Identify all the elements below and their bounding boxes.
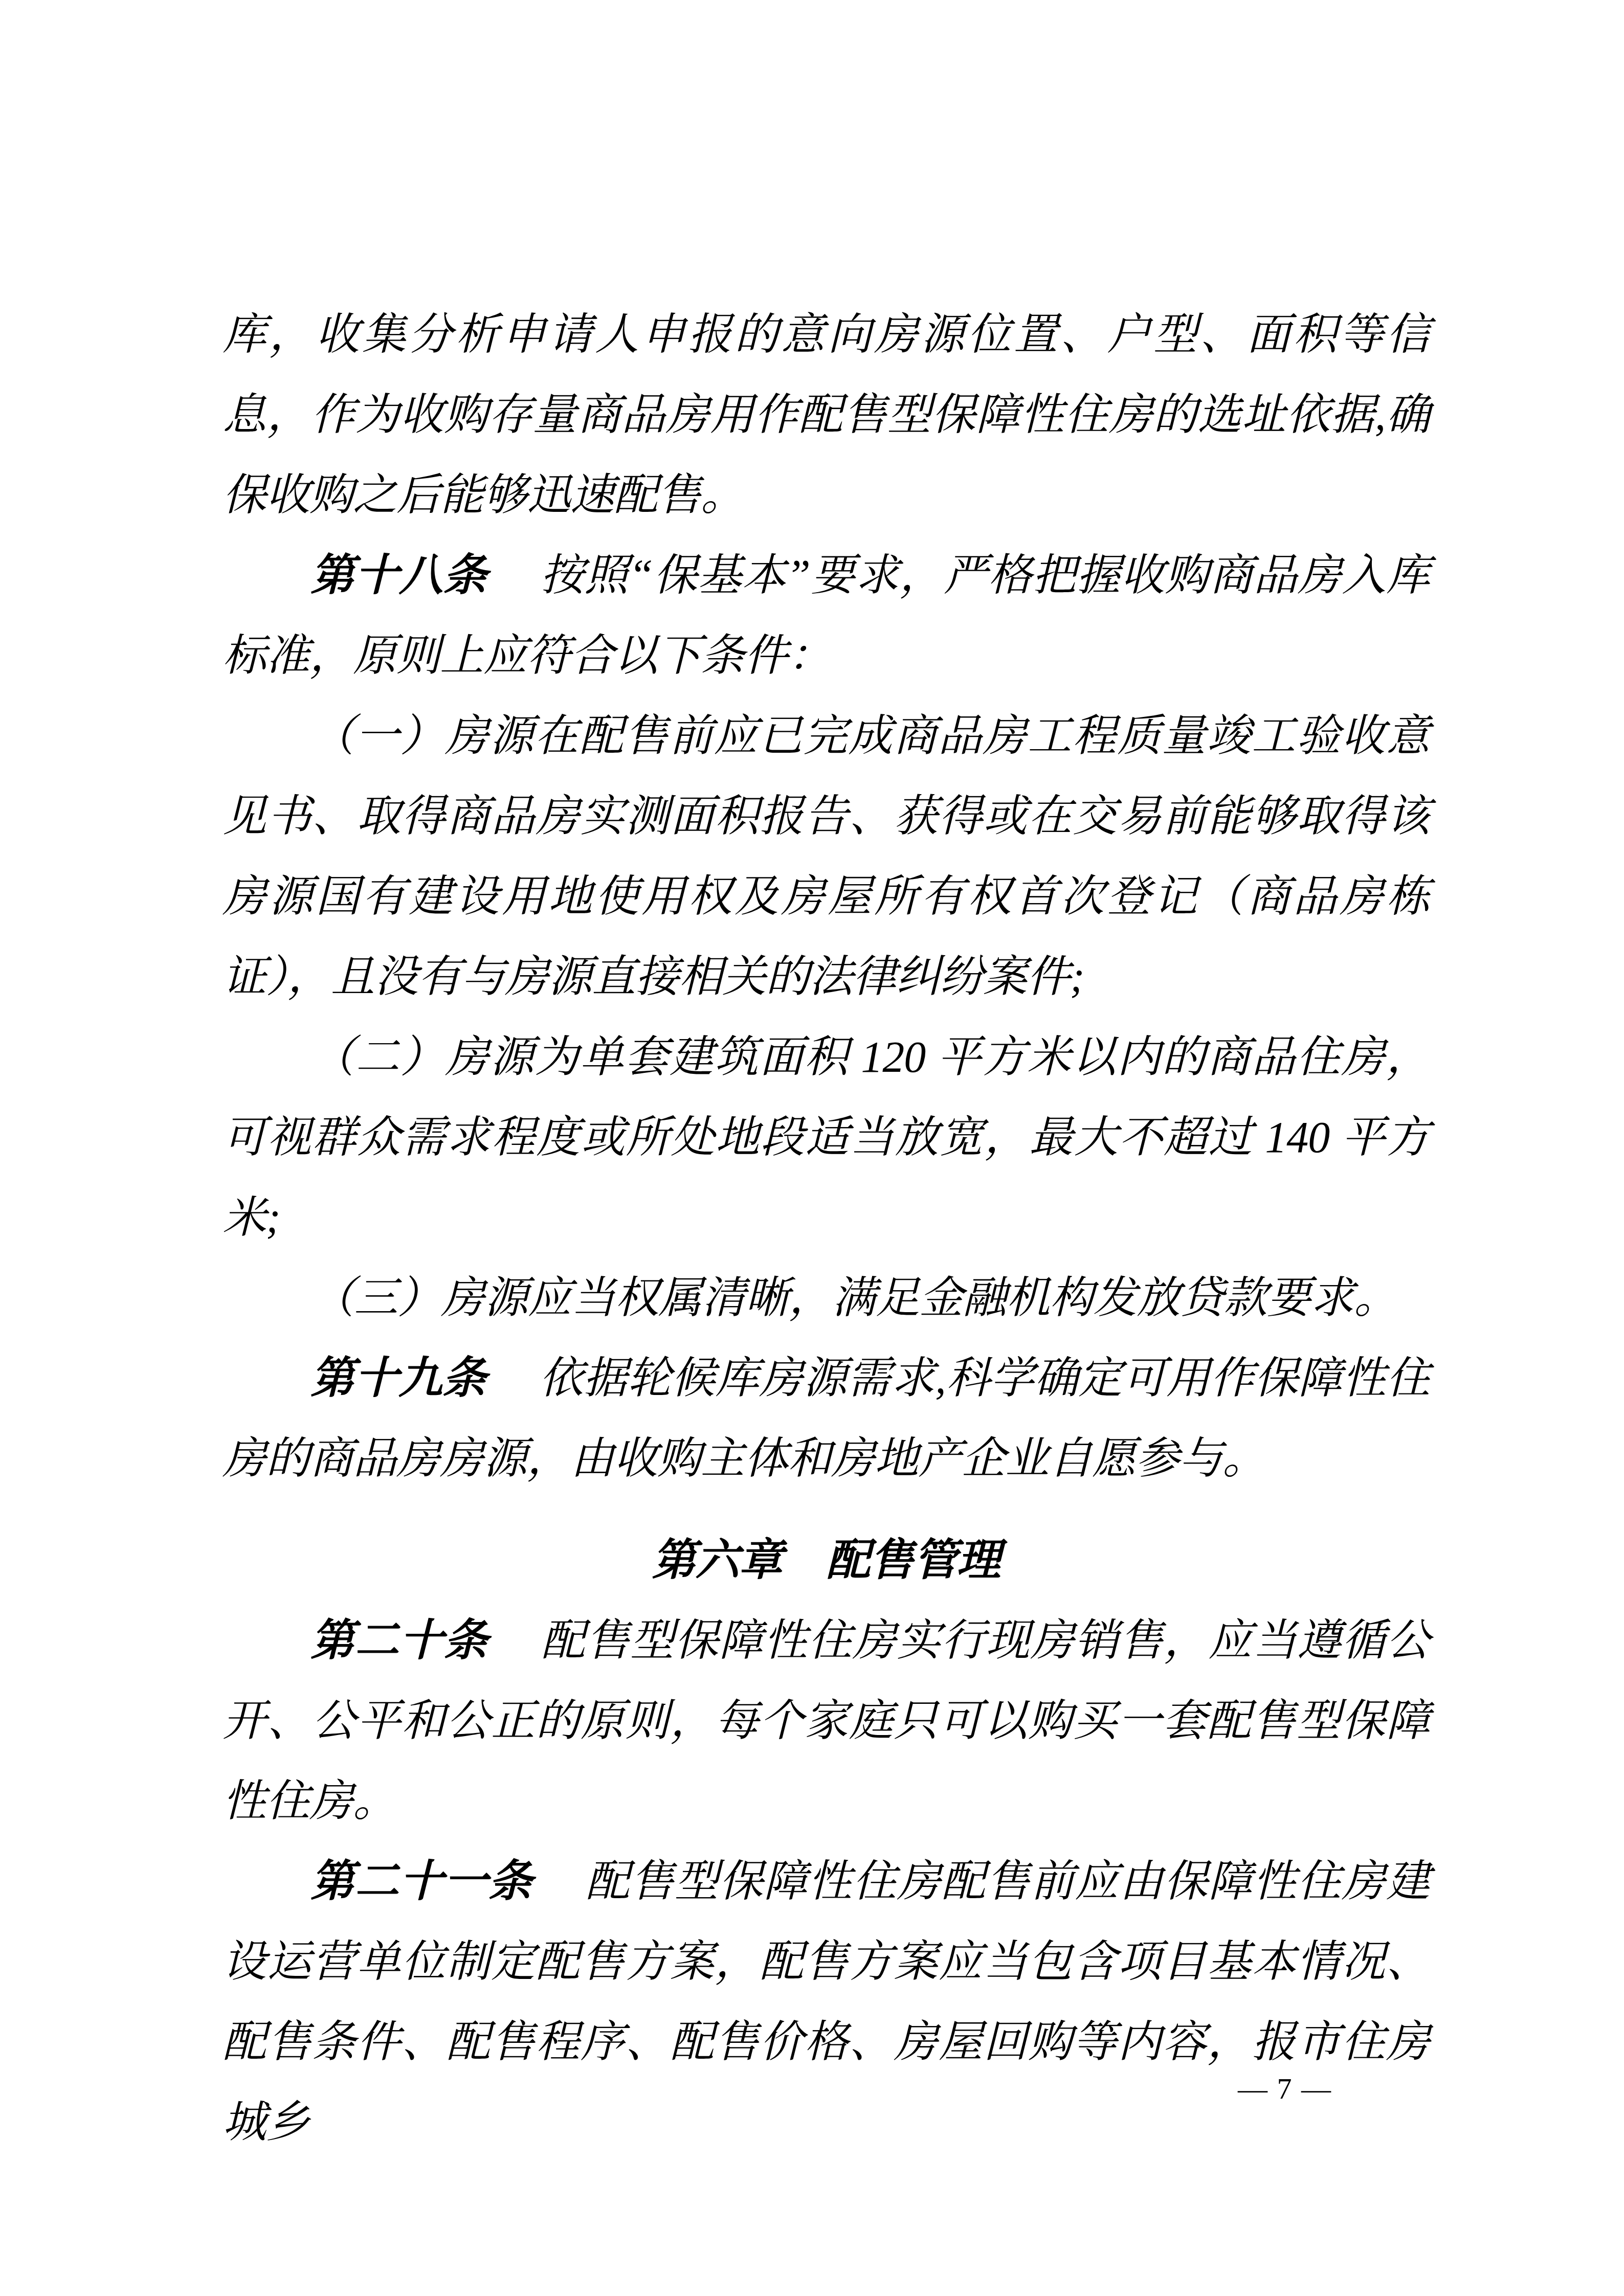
article-21-number: 第二十一条 (310, 1857, 533, 1906)
clause-item-1: （一）房源在配售前应已完成商品房工程质量竣工验收意见书、取得商品房实测面积报告、… (223, 696, 1430, 1017)
clause-item-2: （二）房源为单套建筑面积 120 平方米以内的商品住房，可视群众需求程度或所处地… (223, 1017, 1430, 1258)
page-number-footer: — 7 — (1238, 2072, 1332, 2106)
article-20: 第二十条配售型保障性住房实行现房销售，应当遵循公开、公平和公正的原则，每个家庭只… (223, 1601, 1430, 1841)
page-content: 库，收集分析申请人申报的意向房源位置、户型、面积等信息，作为收购存量商品房用作配… (223, 295, 1430, 2163)
article-19: 第十九条依据轮候库房源需求,科学确定可用作保障性住房的商品房房源，由收购主体和房… (223, 1338, 1430, 1499)
article-18-number: 第十八条 (310, 551, 487, 600)
document-page: 库，收集分析申请人申报的意向房源位置、户型、面积等信息，作为收购存量商品房用作配… (0, 0, 1624, 2296)
article-21: 第二十一条配售型保障性住房配售前应由保障性住房建设运营单位制定配售方案，配售方案… (223, 1841, 1430, 2163)
chapter-title: 配售管理 (827, 1536, 1000, 1585)
article-20-number: 第二十条 (310, 1616, 488, 1665)
chapter-number: 第六章 (652, 1536, 783, 1585)
clause-item-3: （三）房源应当权属清晰，满足金融机构发放贷款要求。 (223, 1258, 1430, 1338)
article-18: 第十八条按照“保基本”要求，严格把握收购商品房入库标准，原则上应符合以下条件： (223, 535, 1430, 696)
chapter-heading: 第六章配售管理 (223, 1520, 1430, 1601)
article-19-number: 第十九条 (310, 1354, 486, 1403)
paragraph-continuation: 库，收集分析申请人申报的意向房源位置、户型、面积等信息，作为收购存量商品房用作配… (223, 295, 1430, 535)
